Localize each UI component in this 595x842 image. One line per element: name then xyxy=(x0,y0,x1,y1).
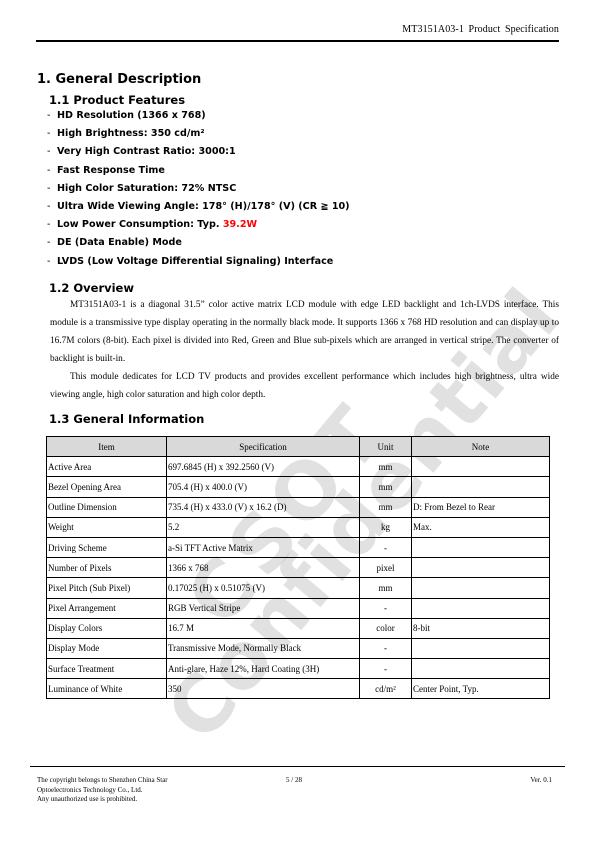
bullet-dash: - xyxy=(47,218,57,232)
bullet-dash: - xyxy=(47,182,57,196)
bullet-dash: - xyxy=(47,236,57,250)
cell-note xyxy=(412,659,550,679)
document-header-title: MT3151A03-1 Product Specification xyxy=(402,24,559,35)
cell-note xyxy=(412,578,550,598)
cell-note: Max. xyxy=(412,517,550,537)
cell-specification: 16.7 M xyxy=(167,618,360,638)
overview-paragraph-2: This module dedicates for LCD TV product… xyxy=(50,368,559,404)
feature-item: -High Color Saturation: 72% NTSC xyxy=(47,182,350,200)
cell-unit: mm xyxy=(360,578,412,598)
cell-unit: - xyxy=(360,659,412,679)
overview-paragraph-1: MT3151A03-1 is a diagonal 31.5” color ac… xyxy=(50,296,559,368)
power-consumption-value: 39.2W xyxy=(223,219,257,230)
feature-list: -HD Resolution (1366 x 768) -High Bright… xyxy=(47,109,350,273)
table-row: Outline Dimension735.4 (H) x 433.0 (V) x… xyxy=(47,497,550,517)
table-row: Pixel Pitch (Sub Pixel)0.17025 (H) x 0.5… xyxy=(47,578,550,598)
cell-note xyxy=(412,598,550,618)
table-header-row: Item Specification Unit Note xyxy=(47,437,550,457)
table-row: Weight5.2kgMax. xyxy=(47,517,550,537)
cell-item: Pixel Pitch (Sub Pixel) xyxy=(47,578,167,598)
footer-copyright: The copyright belongs to Shenzhen China … xyxy=(37,776,168,805)
feature-item: -Ultra Wide Viewing Angle: 178° (H)/178°… xyxy=(47,200,350,218)
page-number: 5 / 28 xyxy=(286,776,302,784)
cell-note xyxy=(412,638,550,658)
cell-unit: kg xyxy=(360,517,412,537)
table-row: Pixel ArrangementRGB Vertical Stripe- xyxy=(47,598,550,618)
feature-item: -High Brightness: 350 cd/m² xyxy=(47,127,350,145)
cell-specification: RGB Vertical Stripe xyxy=(167,598,360,618)
cell-specification: 1366 x 768 xyxy=(167,558,360,578)
feature-item: -Very High Contrast Ratio: 3000:1 xyxy=(47,145,350,163)
column-header-note: Note xyxy=(412,437,550,457)
feature-item: -HD Resolution (1366 x 768) xyxy=(47,109,350,127)
feature-item: -Fast Response Time xyxy=(47,164,350,182)
cell-specification: 735.4 (H) x 433.0 (V) x 16.2 (D) xyxy=(167,497,360,517)
cell-note: D: From Bezel to Rear xyxy=(412,497,550,517)
section-title-overview: 1.2 Overview xyxy=(49,281,134,295)
cell-unit: mm xyxy=(360,497,412,517)
cell-specification: Transmissive Mode, Normally Black xyxy=(167,638,360,658)
table-row: Display Colors16.7 Mcolor8-bit xyxy=(47,618,550,638)
cell-item: Display Mode xyxy=(47,638,167,658)
cell-item: Bezel Opening Area xyxy=(47,477,167,497)
cell-item: Luminance of White xyxy=(47,679,167,699)
bullet-dash: - xyxy=(47,145,57,159)
feature-item: -Low Power Consumption: Typ. 39.2W xyxy=(47,218,350,236)
cell-item: Number of Pixels xyxy=(47,558,167,578)
version-label: Ver. 0.1 xyxy=(530,776,552,784)
table-row: Active Area697.6845 (H) x 392.2560 (V)mm xyxy=(47,457,550,477)
cell-item: Weight xyxy=(47,517,167,537)
cell-unit: - xyxy=(360,638,412,658)
feature-item: -LVDS (Low Voltage Differential Signalin… xyxy=(47,255,350,273)
bullet-dash: - xyxy=(47,255,57,269)
feature-item: -DE (Data Enable) Mode xyxy=(47,236,350,254)
cell-note: Center Point, Typ. xyxy=(412,679,550,699)
cell-item: Outline Dimension xyxy=(47,497,167,517)
column-header-unit: Unit xyxy=(360,437,412,457)
bullet-dash: - xyxy=(47,127,57,141)
table-row: Bezel Opening Area705.4 (H) x 400.0 (V)m… xyxy=(47,477,550,497)
general-information-table: Item Specification Unit Note Active Area… xyxy=(46,436,550,699)
cell-note xyxy=(412,558,550,578)
footer-rule xyxy=(30,766,565,767)
cell-unit: - xyxy=(360,598,412,618)
cell-note: 8-bit xyxy=(412,618,550,638)
cell-unit: color xyxy=(360,618,412,638)
cell-unit: mm xyxy=(360,457,412,477)
cell-specification: a-Si TFT Active Matrix xyxy=(167,537,360,557)
cell-specification: 0.17025 (H) x 0.51075 (V) xyxy=(167,578,360,598)
column-header-specification: Specification xyxy=(167,437,360,457)
cell-note xyxy=(412,477,550,497)
cell-specification: 705.4 (H) x 400.0 (V) xyxy=(167,477,360,497)
header-rule xyxy=(36,40,559,42)
cell-unit: cd/m² xyxy=(360,679,412,699)
cell-item: Driving Scheme xyxy=(47,537,167,557)
section-title-general-description: 1. General Description xyxy=(37,72,201,87)
section-title-general-information: 1.3 General Information xyxy=(49,412,204,426)
bullet-dash: - xyxy=(47,164,57,178)
table-row: Display ModeTransmissive Mode, Normally … xyxy=(47,638,550,658)
table-row: Luminance of White350cd/m²Center Point, … xyxy=(47,679,550,699)
table-row: Surface TreatmentAnti-glare, Haze 12%, H… xyxy=(47,659,550,679)
cell-item: Display Colors xyxy=(47,618,167,638)
cell-item: Pixel Arrangement xyxy=(47,598,167,618)
bullet-dash: - xyxy=(47,200,57,214)
cell-unit: mm xyxy=(360,477,412,497)
cell-unit: - xyxy=(360,537,412,557)
bullet-dash: - xyxy=(47,109,57,123)
cell-item: Active Area xyxy=(47,457,167,477)
column-header-item: Item xyxy=(47,437,167,457)
table-row: Number of Pixels1366 x 768pixel xyxy=(47,558,550,578)
cell-item: Surface Treatment xyxy=(47,659,167,679)
section-title-product-features: 1.1 Product Features xyxy=(49,93,185,107)
table-row: Driving Schemea-Si TFT Active Matrix- xyxy=(47,537,550,557)
cell-specification: 5.2 xyxy=(167,517,360,537)
cell-note xyxy=(412,457,550,477)
cell-specification: 697.6845 (H) x 392.2560 (V) xyxy=(167,457,360,477)
cell-unit: pixel xyxy=(360,558,412,578)
cell-note xyxy=(412,537,550,557)
cell-specification: 350 xyxy=(167,679,360,699)
cell-specification: Anti-glare, Haze 12%, Hard Coating (3H) xyxy=(167,659,360,679)
